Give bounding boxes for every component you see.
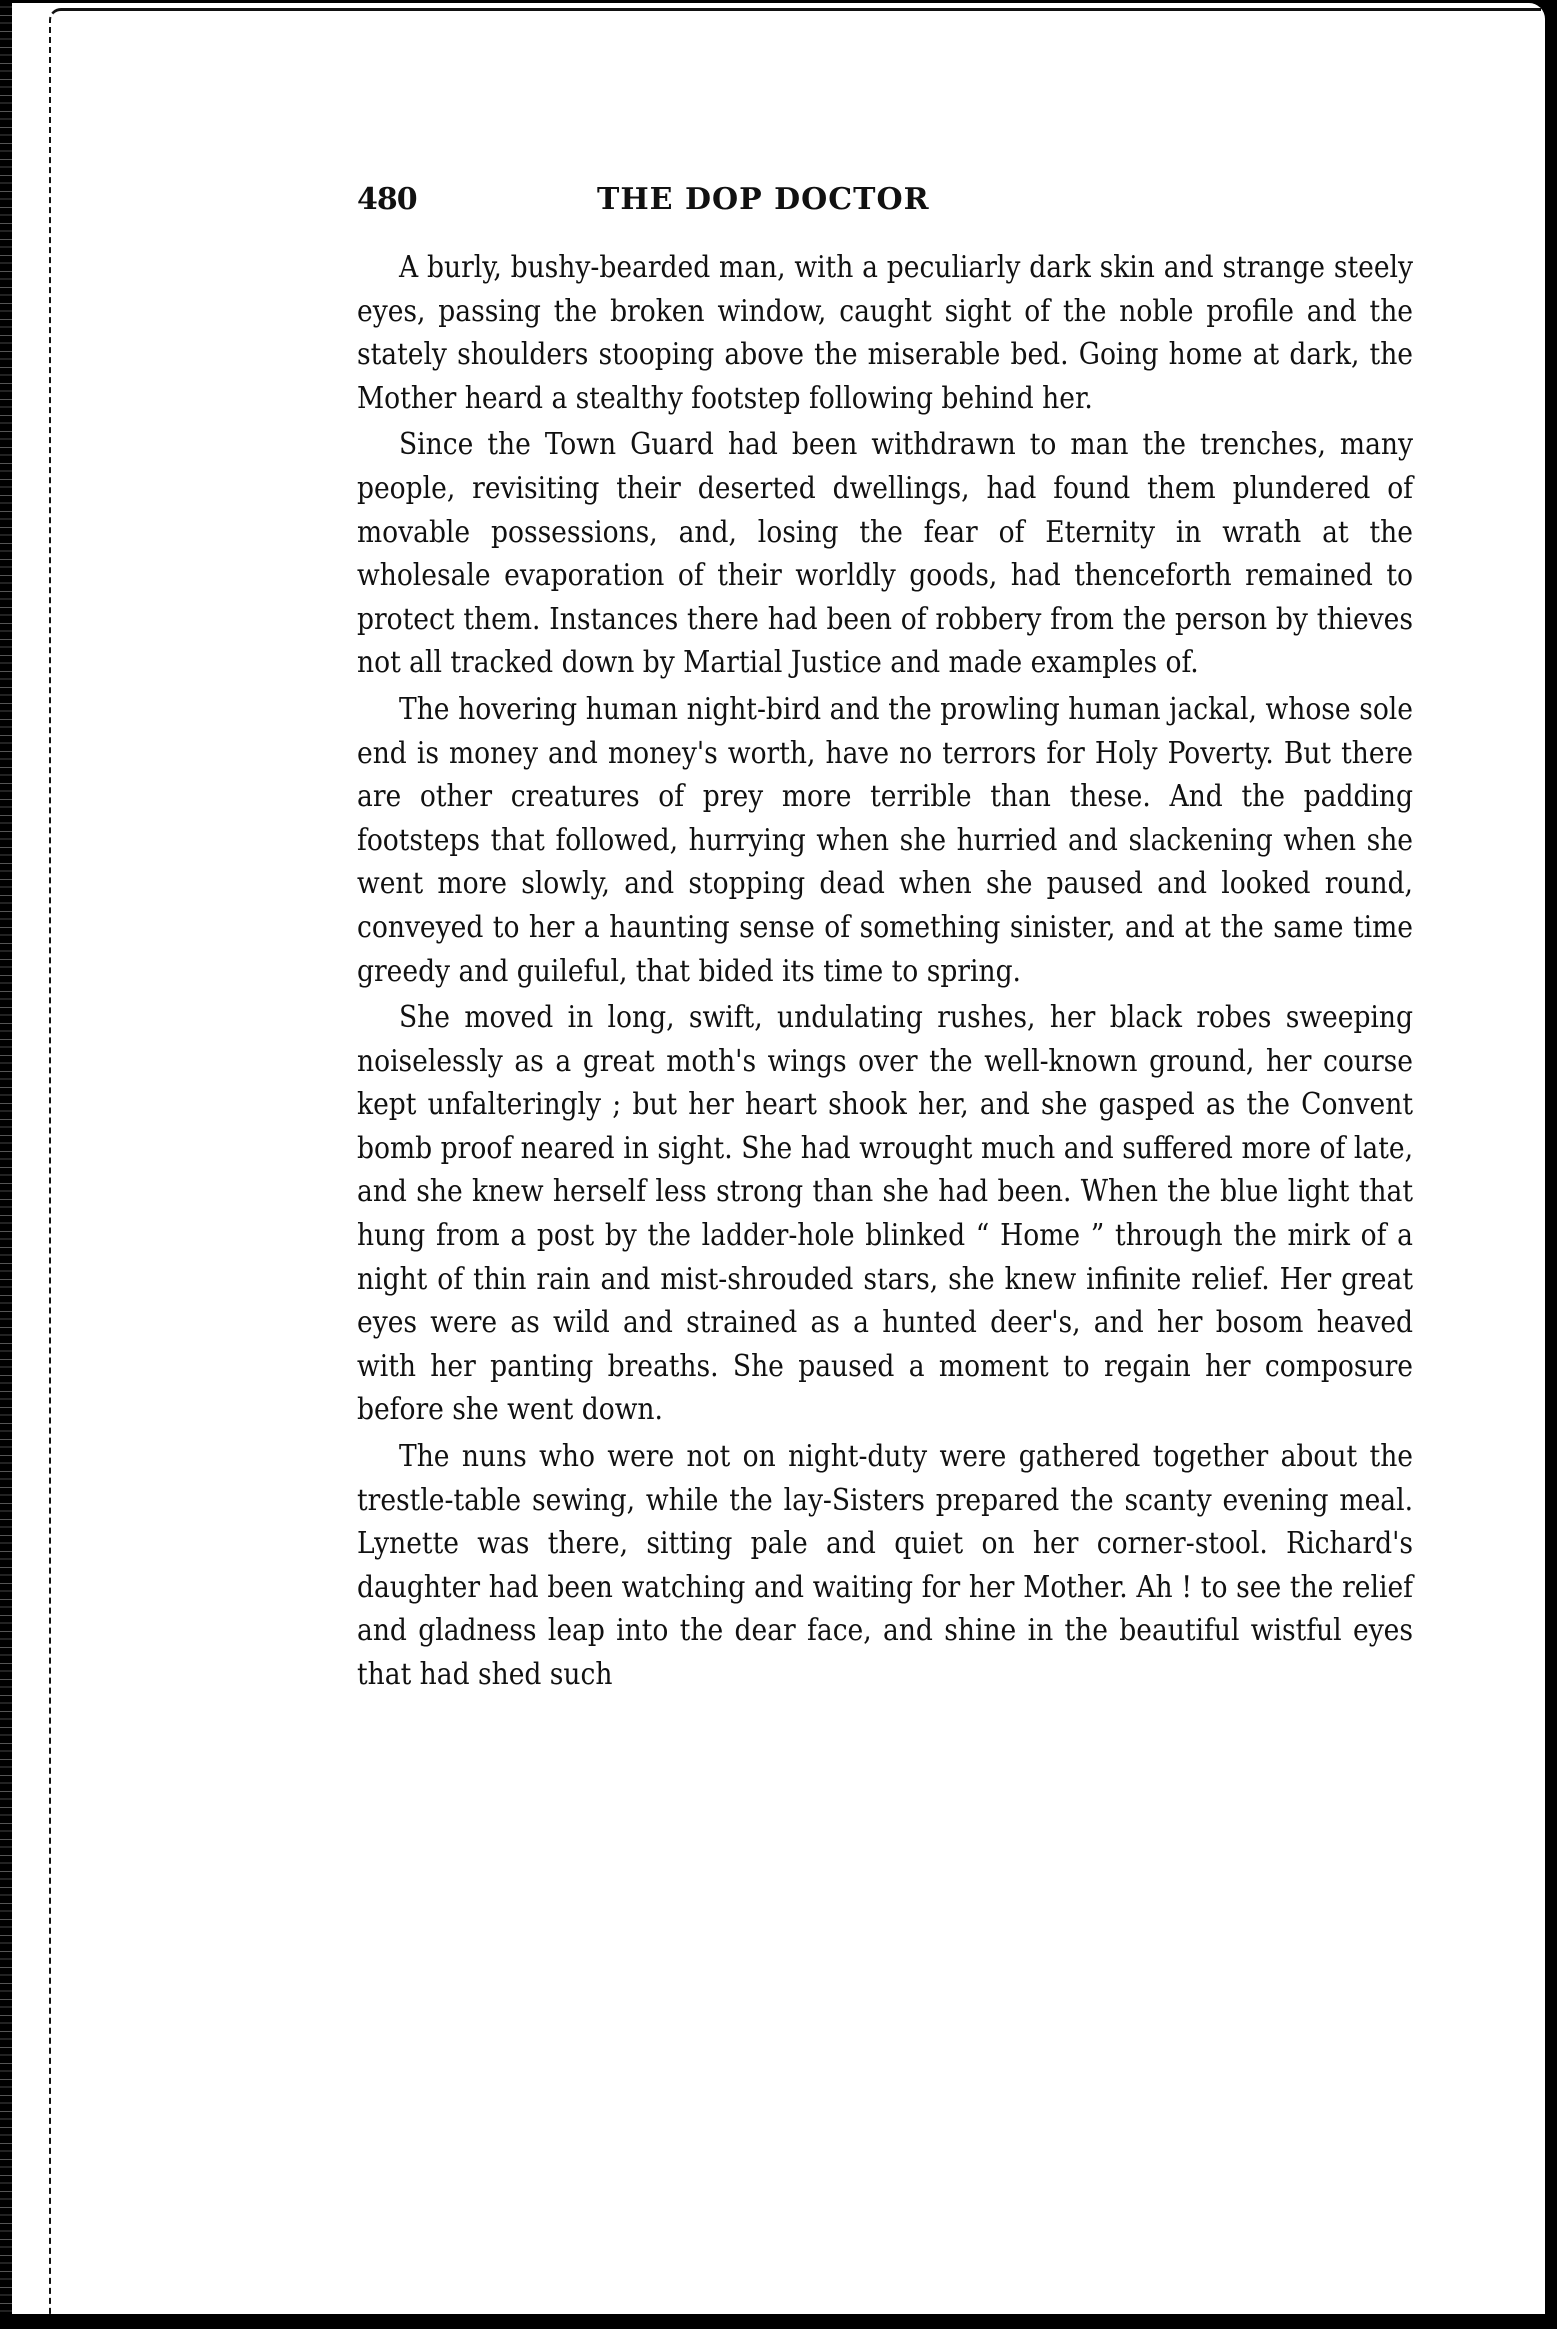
running-title: THE DOP DOCTOR xyxy=(597,182,930,217)
body-text: A burly, bushy-bearded man, with a pecul… xyxy=(357,246,1413,1697)
paragraph: The nuns who were not on night-duty were… xyxy=(357,1435,1413,1697)
paragraph: Since the Town Guard had been withdrawn … xyxy=(357,423,1413,685)
scan-edge-bottom xyxy=(0,2319,1557,2329)
running-head: 480 THE DOP DOCTOR xyxy=(357,182,1413,226)
page-number: 480 xyxy=(357,182,417,217)
scan-edge-left xyxy=(0,0,12,2329)
paragraph: She moved in long, swift, undulating rus… xyxy=(357,996,1413,1432)
paragraph: A burly, bushy-bearded man, with a pecul… xyxy=(357,246,1413,420)
paragraph: The hovering human night-bird and the pr… xyxy=(357,688,1413,993)
